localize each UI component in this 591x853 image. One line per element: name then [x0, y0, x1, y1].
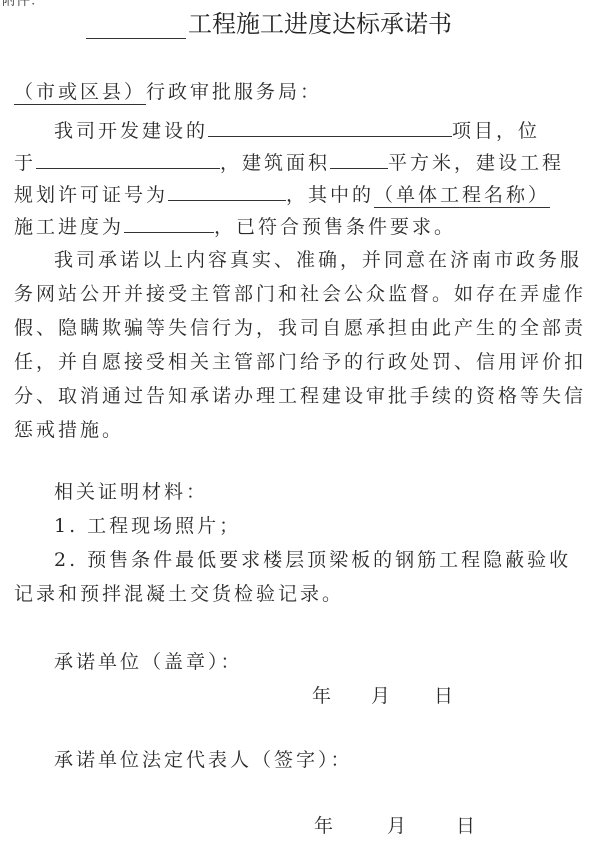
para1-line3: 规划许可证号为，其中的（单体工程名称） — [14, 180, 550, 207]
rep-signature-label: 承诺单位法定代表人（签字）： — [54, 748, 353, 772]
materials-item-1: 1. 工程现场照片； — [54, 514, 241, 538]
para2-line4: 任，并自愿接受相关主管部门给予的行政处罚、信用评价扣 — [14, 350, 586, 374]
para2-line3: 假、隐瞒欺骗等失信行为，我司自愿承担由此产生的全部责 — [14, 316, 586, 340]
text: 平方米，建设工程 — [388, 152, 564, 174]
title-text: 工程施工进度达标承诺书 — [188, 10, 452, 38]
text: ，其中的 — [286, 184, 374, 206]
addressee-line: （市或区县）行政审批服务局： — [14, 80, 322, 104]
para1-line2: 于，建筑面积平方米，建设工程 — [14, 148, 564, 175]
progress-blank — [124, 212, 214, 233]
year-label: 年 — [312, 685, 331, 707]
rep-date: 年月日 — [314, 814, 475, 838]
permit-number-blank — [168, 180, 286, 201]
year-label: 年 — [314, 815, 333, 837]
para2-line2: 务网站公开并接受主管部门和社会公众监督。如存在弄虚作 — [14, 282, 586, 306]
area-blank — [330, 148, 388, 169]
materials-heading: 相关证明材料： — [54, 480, 208, 504]
month-label: 月 — [371, 685, 390, 707]
para2-line1: 我司承诺以上内容真实、准确，并同意在济南市政务服 — [54, 248, 582, 272]
document-title: 工程施工进度达标承诺书 — [86, 4, 452, 39]
text: ，建筑面积 — [220, 152, 330, 174]
day-label: 日 — [434, 685, 453, 707]
text: 规划许可证号为 — [14, 184, 168, 206]
para2-line5: 分、取消通过告知承诺办理工程建设审批手续的资格等失信 — [14, 384, 586, 408]
unit-seal-label: 承诺单位（盖章）： — [54, 650, 243, 674]
para1-line1: 我司开发建设的项目，位 — [54, 116, 540, 143]
text: 项目，位 — [452, 120, 540, 142]
text: 我司开发建设的 — [54, 120, 208, 142]
addressee-rest: 行政审批服务局： — [146, 81, 322, 103]
para2-line6: 惩戒措施。 — [14, 418, 124, 442]
para1-line4: 施工进度为，已符合预售条件要求。 — [14, 212, 456, 239]
addressee-underlined: （市或区县） — [14, 81, 146, 105]
text: 施工进度为 — [14, 216, 124, 238]
text: 于 — [14, 152, 36, 174]
month-label: 月 — [387, 815, 406, 837]
day-label: 日 — [456, 815, 475, 837]
unit-date: 年月日 — [312, 684, 453, 708]
materials-item-2-line2: 记录和预拌混凝土交货检验记录。 — [14, 582, 344, 606]
title-blank — [86, 12, 186, 39]
text: ，已符合预售条件要求。 — [214, 216, 456, 238]
location-blank — [36, 148, 220, 169]
materials-item-2-line1: 2. 预售条件最低要求楼层顶梁板的钢筋工程隐蔽验收 — [54, 548, 571, 572]
attachment-label: 附件： — [2, 0, 44, 10]
project-name-blank — [208, 116, 452, 137]
building-name-underlined: （单体工程名称） — [374, 184, 550, 208]
